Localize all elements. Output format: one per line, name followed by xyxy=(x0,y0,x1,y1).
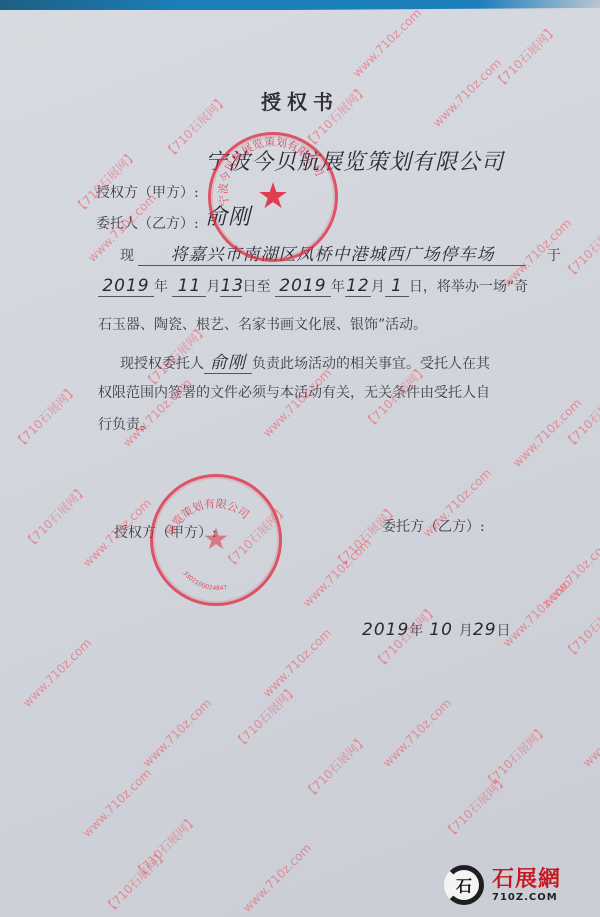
start-day: 13 xyxy=(220,276,242,297)
company-seal-bottom: 展览策划有限公司 3302100024847 ★ xyxy=(150,474,282,606)
day-to: 日至 xyxy=(242,279,270,295)
seal-star-icon-2: ★ xyxy=(203,525,230,555)
logo-name: 石展網 xyxy=(492,868,561,890)
auth-suffix: 负责此场活动的相关事宜。受托人在其 xyxy=(252,356,490,372)
company-seal-top: 宁波今贝航展览策划有限公司 ★ xyxy=(208,132,338,262)
date-range-line: 2019年 11月13日至 2019年12月1日，将举办一场“奇 xyxy=(98,276,528,297)
start-year: 2019 xyxy=(98,276,154,297)
auth-prefix: 现授权委托人 xyxy=(120,356,204,372)
sign-year-char: 年 xyxy=(409,623,423,639)
start-month: 11 xyxy=(172,276,206,297)
svg-text:3302100024847: 3302100024847 xyxy=(181,570,228,592)
sign-party-b-label: 委托方（乙方）: xyxy=(382,516,485,536)
event-line: 石玉器、陶瓷、根艺、名家书画文化展、银饰”活动。 xyxy=(98,314,427,334)
location-prefix: 现 xyxy=(120,248,134,264)
auth-line-2: 权限范围内签署的文件必须与本活动有关，无关条件由受托人自 xyxy=(98,382,490,402)
party-a-label: 授权方（甲方）: xyxy=(96,185,199,201)
sign-year: 2019 xyxy=(362,620,409,640)
end-year: 2019 xyxy=(275,276,331,297)
sign-day-char: 日 xyxy=(497,623,511,639)
site-logo[interactable]: 石 石展網 710Z.COM xyxy=(444,861,584,909)
auth-line-1: 现授权委托人俞刚负责此场活动的相关事宜。受托人在其 xyxy=(120,348,490,374)
party-a-line: 授权方（甲方）: xyxy=(96,182,199,202)
date-suffix: 日，将举办一场“奇 xyxy=(409,279,528,295)
location-line: 现 将嘉兴市南湖区凤桥中港城西广场停车场 于 xyxy=(120,240,561,266)
month-char-2: 月 xyxy=(371,279,385,295)
sign-date: 2019年10月29日 xyxy=(362,620,511,640)
sign-month: 10 xyxy=(429,620,453,640)
month-char: 月 xyxy=(206,279,220,295)
document-title: 授权书 xyxy=(0,86,600,115)
end-month: 12 xyxy=(345,276,371,297)
logo-mark-icon: 石 xyxy=(444,865,484,905)
party-b-line: 委托人（乙方）: xyxy=(96,213,199,233)
party-b-label: 委托人（乙方）: xyxy=(96,216,199,232)
end-day: 1 xyxy=(385,276,409,297)
year-char-2: 年 xyxy=(331,279,345,295)
sign-day: 29 xyxy=(473,620,497,640)
location-suffix: 于 xyxy=(547,248,561,264)
sign-month-char: 月 xyxy=(459,623,473,639)
year-char: 年 xyxy=(154,279,168,295)
logo-domain: 710Z.COM xyxy=(492,892,561,903)
auth-name: 俞刚 xyxy=(204,348,252,374)
auth-line-3: 行负责。 xyxy=(98,414,154,434)
seal-star-icon: ★ xyxy=(257,179,289,215)
